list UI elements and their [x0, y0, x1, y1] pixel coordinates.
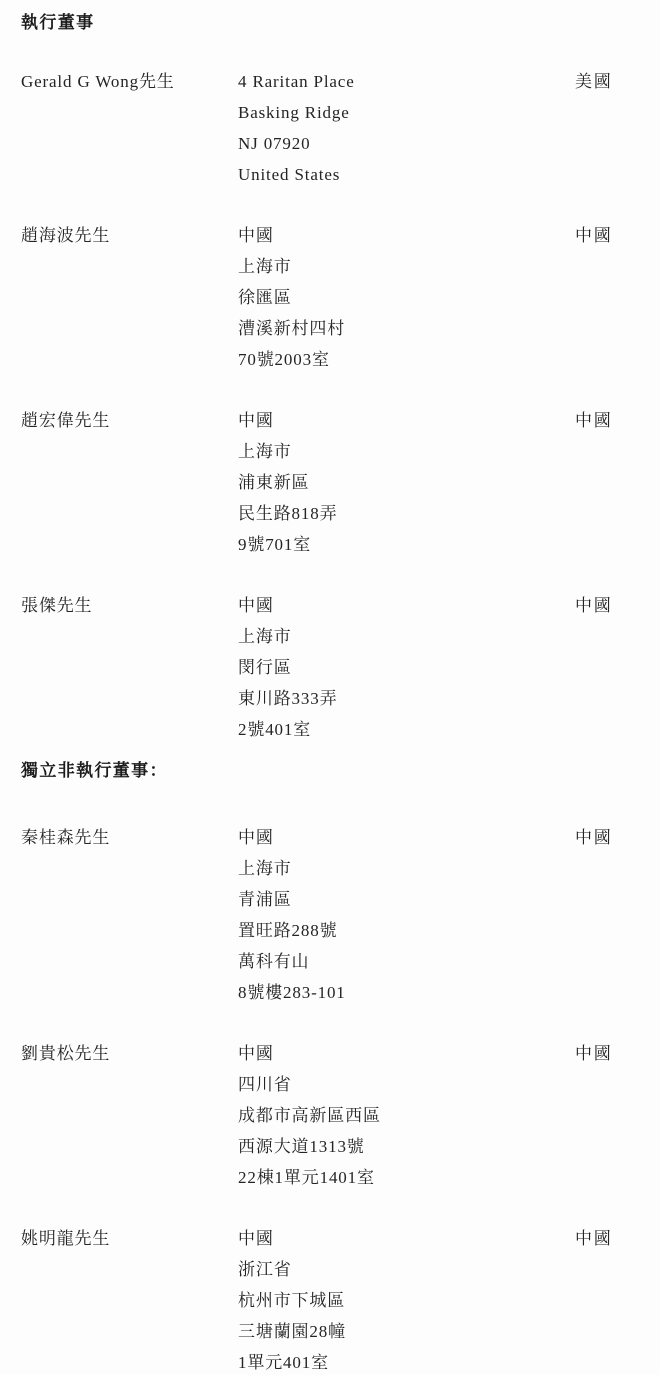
- address-line: 上海市: [238, 436, 575, 467]
- director-row: 姚明龍先生中國浙江省杭州市下城區三塘蘭園28幢1單元401室中國: [21, 1223, 640, 1375]
- director-nationality: 中國: [575, 1223, 640, 1254]
- address-line: 民生路818弄: [238, 498, 575, 529]
- director-nationality: 美國: [575, 66, 640, 97]
- address-line: 中國: [238, 405, 575, 436]
- address-line: 浦東新區: [238, 467, 575, 498]
- director-row: Gerald G Wong先生4 Raritan PlaceBasking Ri…: [21, 66, 640, 190]
- address-line: 中國: [238, 220, 575, 251]
- director-name: Gerald G Wong先生: [21, 66, 238, 97]
- director-nationality: 中國: [575, 405, 640, 436]
- address-line: United States: [238, 159, 575, 190]
- address-line: Basking Ridge: [238, 97, 575, 128]
- address-line: 漕溪新村四村: [238, 313, 575, 344]
- address-line: 萬科有山: [238, 946, 575, 977]
- address-line: 70號2003室: [238, 344, 575, 375]
- director-nationality: 中國: [575, 1038, 640, 1069]
- director-address: 中國浙江省杭州市下城區三塘蘭園28幢1單元401室: [238, 1223, 575, 1375]
- address-line: 上海市: [238, 251, 575, 282]
- director-name: 姚明龍先生: [21, 1223, 238, 1254]
- director-row: 張傑先生中國上海市閔行區東川路333弄2號401室中國: [21, 590, 640, 745]
- director-name: 趙宏偉先生: [21, 405, 238, 436]
- address-line: 東川路333弄: [238, 683, 575, 714]
- director-row: 趙海波先生中國上海市徐匯區漕溪新村四村70號2003室中國: [21, 220, 640, 375]
- address-line: 徐匯區: [238, 282, 575, 313]
- address-line: 4 Raritan Place: [238, 66, 575, 97]
- address-line: 1單元401室: [238, 1347, 575, 1375]
- address-line: 青浦區: [238, 884, 575, 915]
- director-row: 劉貴松先生中國四川省成都市高新區西區西源大道1313號22棟1單元1401室中國: [21, 1038, 640, 1193]
- director-address: 中國四川省成都市高新區西區西源大道1313號22棟1單元1401室: [238, 1038, 575, 1193]
- director-address: 中國上海市浦東新區民生路818弄9號701室: [238, 405, 575, 560]
- address-line: 9號701室: [238, 529, 575, 560]
- address-line: 杭州市下城區: [238, 1285, 575, 1316]
- address-line: 成都市高新區西區: [238, 1100, 575, 1131]
- section-heading-independent-non-executive-directors: 獨立非執行董事：: [21, 755, 640, 786]
- director-row: 趙宏偉先生中國上海市浦東新區民生路818弄9號701室中國: [21, 405, 640, 560]
- director-address: 中國上海市青浦區置旺路288號萬科有山8號樓283-101: [238, 822, 575, 1008]
- director-name: 張傑先生: [21, 590, 238, 621]
- address-line: 2號401室: [238, 714, 575, 745]
- director-address: 中國上海市徐匯區漕溪新村四村70號2003室: [238, 220, 575, 375]
- address-line: 三塘蘭園28幢: [238, 1316, 575, 1347]
- address-line: 置旺路288號: [238, 915, 575, 946]
- director-address: 4 Raritan PlaceBasking RidgeNJ 07920Unit…: [238, 66, 575, 190]
- director-row: 秦桂森先生中國上海市青浦區置旺路288號萬科有山8號樓283-101中國: [21, 822, 640, 1008]
- address-line: 22棟1單元1401室: [238, 1162, 575, 1193]
- director-nationality: 中國: [575, 822, 640, 853]
- director-name: 劉貴松先生: [21, 1038, 238, 1069]
- address-line: NJ 07920: [238, 128, 575, 159]
- address-line: 中國: [238, 822, 575, 853]
- address-line: 中國: [238, 1038, 575, 1069]
- director-nationality: 中國: [575, 590, 640, 621]
- director-name: 秦桂森先生: [21, 822, 238, 853]
- address-line: 8號樓283-101: [238, 977, 575, 1008]
- address-line: 中國: [238, 590, 575, 621]
- address-line: 西源大道1313號: [238, 1131, 575, 1162]
- address-line: 上海市: [238, 853, 575, 884]
- section-heading-executive-directors: 執行董事: [21, 7, 640, 38]
- address-line: 中國: [238, 1223, 575, 1254]
- address-line: 閔行區: [238, 652, 575, 683]
- address-line: 浙江省: [238, 1254, 575, 1285]
- address-line: 四川省: [238, 1069, 575, 1100]
- director-address: 中國上海市閔行區東川路333弄2號401室: [238, 590, 575, 745]
- address-line: 上海市: [238, 621, 575, 652]
- directors-register-page: 執行董事Gerald G Wong先生4 Raritan PlaceBaskin…: [0, 0, 660, 1375]
- director-name: 趙海波先生: [21, 220, 238, 251]
- director-nationality: 中國: [575, 220, 640, 251]
